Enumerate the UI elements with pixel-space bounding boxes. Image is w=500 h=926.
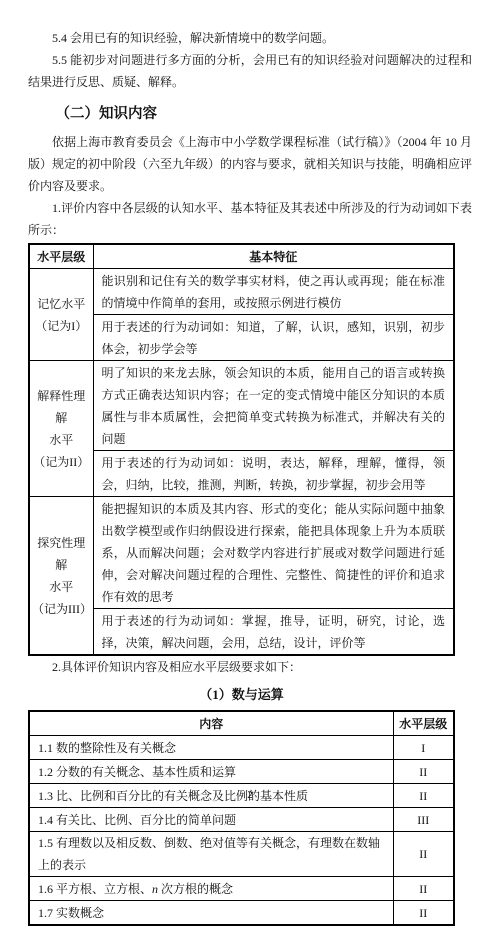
level-name-explanatory: 解释性理解 水平 （记为II） (29, 361, 93, 497)
table-row: 用于表述的行为动词如：知道，了解，认识，感知，识别，初步体会，初步学会等 (29, 315, 454, 361)
table-row: 1.6 平方根、立方根、n 次方根的概念 II (29, 877, 454, 901)
level-cell: II (393, 901, 454, 926)
content-cell: 1.1 数的整除性及有关概念 (29, 736, 393, 760)
content-cell: 1.7 实数概念 (29, 901, 393, 926)
level-cell: I (393, 736, 454, 760)
section-heading-knowledge-content: （二）知识内容 (28, 102, 472, 126)
sub-heading-number-operations: （1）数与运算 (28, 684, 455, 706)
content-text: 次方根的概念 (158, 882, 233, 896)
paragraph-5-4: 5.4 会用已有的知识经验，解决新情境中的数学问题。 (28, 27, 472, 49)
level-cell: II (393, 832, 454, 877)
table-row: 1.1 数的整除性及有关概念 I (29, 736, 454, 760)
table-row: 1.4 有关比、比例、百分比的简单问题 III (29, 808, 454, 832)
level-verbs: 用于表述的行为动词如：掌握，推导，证明，研究，讨论，选择，决策，解决问题，会用，… (93, 609, 454, 656)
paragraph-5-5: 5.5 能初步对问题进行多方面的分析，会用已有的知识经验对问题解决的过程和结果进… (28, 49, 472, 93)
level-description: 明了知识的来龙去脉，领会知识的本质，能用自己的语言或转换方式正确表达知识内容；在… (93, 361, 454, 451)
table-row: 用于表述的行为动词如：说明，表达，解释，理解，懂得，领会，归纳，比较，推测，判断… (29, 451, 454, 497)
content-text: 1.6 平方根、立方根、 (38, 882, 152, 896)
column-header-feature: 基本特征 (93, 244, 454, 269)
page-number: 2 (0, 788, 500, 802)
level-description: 能把握知识的本质及其内容、形式的变化；能从实际问题中抽象出数学模型或作归纳假设进… (93, 497, 454, 609)
table-row: 记忆水平 （记为I） 能识别和记住有关的数学事实材料，使之再认或再现；能在标准的… (29, 269, 454, 315)
table-row: 1.5 有理数以及相反数、倒数、绝对值等有关概念，有理数在数轴上的表示 II (29, 832, 454, 877)
content-cell: 1.5 有理数以及相反数、倒数、绝对值等有关概念，有理数在数轴上的表示 (29, 832, 393, 877)
level-cell: III (393, 808, 454, 832)
number-operations-table: 内容 水平层级 1.1 数的整除性及有关概念 I 1.2 分数的有关概念、基本性… (28, 710, 455, 926)
level-verbs: 用于表述的行为动词如：说明，表达，解释，理解，懂得，领会，归纳，比较，推测，判断… (93, 451, 454, 497)
level-cell: II (393, 877, 454, 901)
column-header-level: 水平层级 (393, 711, 454, 736)
table-row: 用于表述的行为动词如：掌握，推导，证明，研究，讨论，选择，决策，解决问题，会用，… (29, 609, 454, 656)
table-row: 1.7 实数概念 II (29, 901, 454, 926)
level-name-memory: 记忆水平 （记为I） (29, 269, 93, 361)
content-cell: 1.6 平方根、立方根、n 次方根的概念 (29, 877, 393, 901)
content-cell: 1.4 有关比、比例、百分比的简单问题 (29, 808, 393, 832)
column-header-level: 水平层级 (29, 244, 93, 269)
document-page: { "intro": { "item_5_4": "5.4 会用已有的知识经验，… (0, 0, 500, 831)
column-header-content: 内容 (29, 711, 393, 736)
cognitive-levels-table: 水平层级 基本特征 记忆水平 （记为I） 能识别和记住有关的数学事实材料，使之再… (28, 243, 455, 656)
section-intro-paragraph: 依据上海市教育委员会《上海市中小学数学课程标准（试行稿）》（2004 年 10 … (28, 131, 472, 197)
level-cell: II (393, 760, 454, 784)
table-row: 1.2 分数的有关概念、基本性质和运算 II (29, 760, 454, 784)
level-verbs: 用于表述的行为动词如：知道，了解，认识，感知，识别，初步体会，初步学会等 (93, 315, 454, 361)
level-name-exploratory: 探究性理解 水平 （记为III） (29, 497, 93, 656)
table-row: 探究性理解 水平 （记为III） 能把握知识的本质及其内容、形式的变化；能从实际… (29, 497, 454, 609)
content-table-lead: 2.具体评价知识内容及相应水平层级要求如下： (28, 656, 472, 678)
level-description: 能识别和记住有关的数学事实材料，使之再认或再现；能在标准的情境中作简单的套用，或… (93, 269, 454, 315)
levels-table-lead: 1.评价内容中各层级的认知水平、基本特征及其表述中所涉及的行为动词如下表所示： (28, 197, 472, 241)
table-header-row: 内容 水平层级 (29, 711, 454, 736)
table-row: 解释性理解 水平 （记为II） 明了知识的来龙去脉，领会知识的本质，能用自己的语… (29, 361, 454, 451)
table-header-row: 水平层级 基本特征 (29, 244, 454, 269)
content-cell: 1.2 分数的有关概念、基本性质和运算 (29, 760, 393, 784)
